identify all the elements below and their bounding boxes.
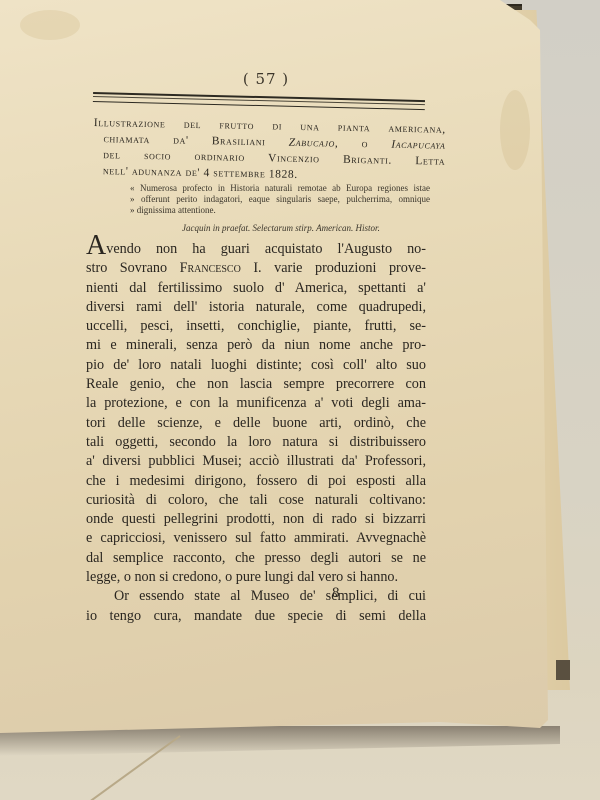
body-text: Avendo non ha guari acquistato l'Augusto…	[86, 236, 426, 626]
body-line: a' diversi pubblici Musei; acciò illustr…	[86, 452, 426, 471]
body-line: io tengo cura, mandate due specie di sem…	[86, 607, 426, 626]
body-line: tori delle scienze, e delle buone arti, …	[86, 414, 426, 433]
body-line-text: stro Sovrano	[86, 260, 180, 276]
article-title: Illustrazione del frutto di una pianta a…	[93, 115, 446, 186]
header-rule	[93, 92, 425, 110]
body-line: tali oggetti, secondo la loro natura si …	[86, 433, 426, 452]
epigraph-line: » dignissima attentione.	[130, 205, 430, 216]
body-line: e capricciosi, venissero sul fatto ammir…	[86, 529, 426, 548]
signature-mark: 8	[332, 585, 340, 602]
body-line: Avendo non ha guari acquistato l'Augusto…	[86, 236, 426, 259]
drop-cap: A	[86, 230, 106, 261]
body-line: dal semplice racconto, che presso degli …	[86, 549, 426, 568]
plant-name-iacapucaya: Iacapucaya	[391, 139, 445, 152]
body-line: la protezione, e con la munificenza a' v…	[86, 394, 426, 413]
title-text: , o	[335, 138, 392, 151]
epigraph-line: » offerunt perito indagatori, eaque sing…	[130, 194, 430, 205]
body-line: uccelli, pesci, insetti, conchiglie, pia…	[86, 317, 426, 336]
body-line: diversi rami dell' istoria naturale, com…	[86, 298, 426, 317]
body-line: nienti dal fertilissimo suolo d' America…	[86, 279, 426, 298]
sovereign-name: Francesco I.	[180, 260, 262, 276]
body-line: mi e minerali, senza però da niun nome a…	[86, 336, 426, 355]
plant-name-zabucajo: Zabucajo	[289, 137, 336, 150]
body-line: legge, o non si credono, o pure lungi da…	[86, 568, 426, 587]
body-line: Or essendo state al Museo de' semplici, …	[86, 587, 426, 606]
body-line: onde questi pellegrini prodotti, non di …	[86, 510, 426, 529]
body-line: pio de' loro natali luoghi distinte; cos…	[86, 356, 426, 375]
body-line: che i medesimi dirigono, fossero di poi …	[86, 472, 426, 491]
body-line: stro Sovrano Francesco I. varie produzio…	[86, 259, 426, 278]
page-number: ( 57 )	[236, 70, 296, 88]
epigraph: « Numerosa profecto in Historia naturali…	[130, 183, 430, 216]
epigraph-line: « Numerosa profecto in Historia naturali…	[130, 183, 430, 194]
body-line: curiosità di coloro, che tali cose natur…	[86, 491, 426, 510]
page-content: ( 57 ) Illustrazione del frutto di una p…	[0, 0, 600, 800]
epigraph-attribution: Jacquin in praefat. Selectarum stirp. Am…	[182, 223, 380, 233]
title-text: chiamata da' Brasiliani	[103, 133, 288, 149]
body-line-text: vendo non ha guari acquistato l'Augusto …	[106, 241, 426, 257]
body-line: Reale genio, che non lascia sempre preco…	[86, 375, 426, 394]
body-line-text: varie produzioni prove-	[262, 260, 426, 276]
